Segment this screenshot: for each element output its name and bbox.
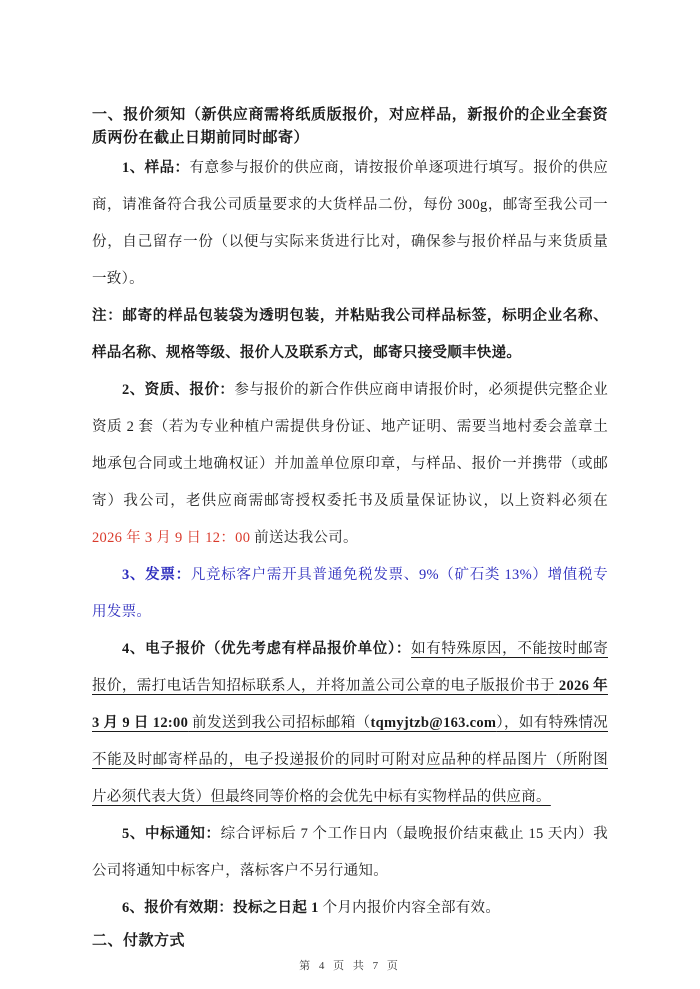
bid-email: tqmyjtzb@163.com bbox=[371, 715, 497, 731]
paragraph-validity-body: 个月内报价内容全部有效。 bbox=[323, 900, 501, 916]
paragraph-note-text: 注：邮寄的样品包装袋为透明包装，并粘贴我公司样品标签，标明企业名称、样品名称、规… bbox=[92, 308, 608, 361]
paragraph-award-notice: 5、中标通知：综合评标后 7 个工作日内（最晚报价结束截止 15 天内）我公司将… bbox=[92, 816, 608, 890]
paragraph-samples: 1、样品：有意参与报价的供应商，请按报价单逐项进行填写。报价的供应商，请准备符合… bbox=[92, 150, 608, 298]
deadline-date-red: 2026 年 3 月 9 日 12：00 bbox=[92, 530, 250, 546]
paragraph-validity-lead: 6、报价有效期：投标之日起 1 bbox=[122, 900, 323, 916]
paragraph-electronic-quote: 4、电子报价（优先考虑有样品报价单位）：如有特殊原因，不能按时邮寄报价，需打电话… bbox=[92, 631, 608, 816]
paragraph-qualification-body: 参与报价的新合作供应商申请报价时，必须提供完整企业资质 2 套（若为专业种植户需… bbox=[92, 382, 608, 509]
paragraph-note: 注：邮寄的样品包装袋为透明包装，并粘贴我公司样品标签，标明企业名称、样品名称、规… bbox=[92, 298, 608, 372]
paragraph-electronic-quote-lead: 4、电子报价（优先考虑有样品报价单位）： bbox=[122, 641, 411, 657]
paragraph-qualification-lead: 2、资质、报价： bbox=[122, 382, 234, 398]
section-heading-quotation-notice: 一、报价须知（新供应商需将纸质版报价，对应样品，新报价的企业全套资质两份在截止日… bbox=[92, 104, 608, 150]
section-heading-payment-method: 二、付款方式 bbox=[92, 927, 608, 955]
page-number-footer: 第 4 页 共 7 页 bbox=[92, 959, 608, 974]
paragraph-validity: 6、报价有效期：投标之日起 1 个月内报价内容全部有效。 bbox=[92, 890, 608, 927]
paragraph-award-notice-lead: 5、中标通知： bbox=[122, 826, 221, 842]
paragraph-invoice-lead: 3、发票： bbox=[122, 567, 191, 583]
paragraph-qualification-body-end: 前送达我公司。 bbox=[250, 530, 358, 546]
paragraph-samples-body: 有意参与报价的供应商，请按报价单逐项进行填写。报价的供应商，请准备符合我公司质量… bbox=[92, 160, 608, 287]
paragraph-samples-lead: 1、样品： bbox=[122, 160, 190, 176]
paragraph-qualification: 2、资质、报价：参与报价的新合作供应商申请报价时，必须提供完整企业资质 2 套（… bbox=[92, 372, 608, 557]
paragraph-invoice: 3、发票：凡竞标客户需开具普通免税发票、9%（矿石类 13%）增值税专用发票。 bbox=[92, 557, 608, 631]
document-page: 一、报价须知（新供应商需将纸质版报价，对应样品，新报价的企业全套资质两份在截止日… bbox=[0, 0, 700, 989]
paragraph-electronic-quote-underlined-2: 前发送到我公司招标邮箱（ bbox=[188, 715, 370, 731]
